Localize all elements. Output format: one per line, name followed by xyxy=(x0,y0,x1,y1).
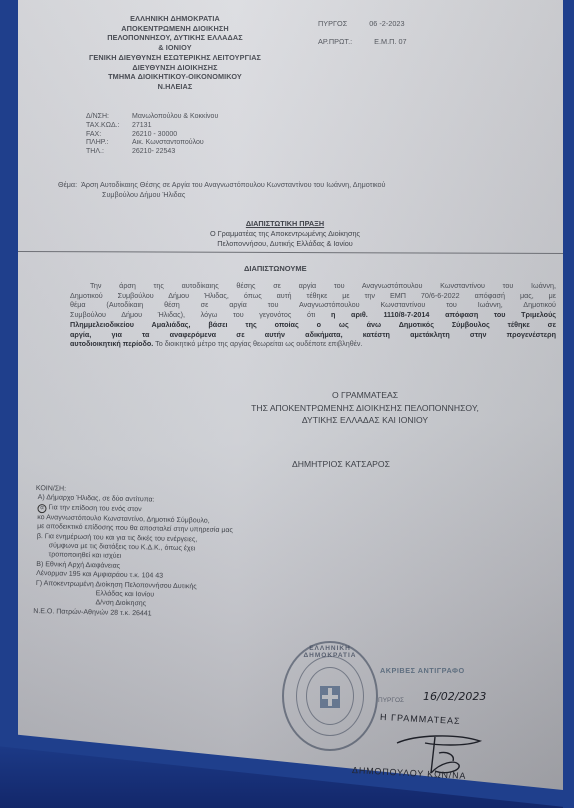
decision-body: Την άρση της αυτοδίκαιης θέσης σε αργία … xyxy=(70,281,556,349)
distribution-text: Για την επίδοση του ενός στον xyxy=(48,504,141,513)
act-title: ΔΙΑΠΙΣΤΩΤΙΚΗ ΠΡΑΞΗ xyxy=(140,219,430,229)
body-line: Την άρση της αυτοδίκαιης θέσης σε αργία … xyxy=(70,281,556,291)
issuer-header: ΕΛΛΗΝΙΚΗ ΔΗΜΟΚΡΑΤΙΑ ΑΠΟΚΕΝΤΡΩΜΕΝΗ ΔΙΟΙΚΗ… xyxy=(80,14,270,92)
body-line: θέμα (Αυτοδίκαιη θέση σε αργία του Αναγν… xyxy=(70,300,556,310)
protocol-number: Ε.Μ.Π. 07 xyxy=(374,33,406,51)
subject-line-1: Άρση Αυτοδίκαιης Θέσης σε Αργία του Αναγ… xyxy=(81,180,385,189)
issuer-line: Ν.ΗΛΕΙΑΣ xyxy=(80,82,270,92)
certified-date: 16/02/2023 xyxy=(423,690,486,703)
certified-copy-title: ΑΚΡΙΒΕΣ ΑΝΤΙΓΡΑΦΟ xyxy=(380,666,465,675)
contact-info: Δ/ΝΣΗ:Μανωλοπούλου & Κοκκίνου ΤΑΧ.ΚΩΔ.:2… xyxy=(86,113,218,157)
subject-label: Θέμα: xyxy=(58,180,77,189)
signer-role: Ο ΓΡΑΜΜΑΤΕΑΣ xyxy=(200,389,530,402)
act-heading: ΔΙΑΠΙΣΤΩΤΙΚΗ ΠΡΑΞΗ Ο Γραμματέας της Αποκ… xyxy=(140,219,430,249)
background-edge xyxy=(563,0,574,808)
contact-label: ΤΗΛ.: xyxy=(86,148,132,157)
subject: Θέμα:Άρση Αυτοδίκαιης Θέσης σε Αργία του… xyxy=(58,180,468,199)
contact-value: 26210- 22543 xyxy=(132,148,175,157)
issuer-line: & ΙΟΝΙΟΥ xyxy=(80,43,270,53)
document-meta: ΠΥΡΓΟΣ 06 -2-2023 ΑΡ.ΠΡΩΤ.: Ε.Μ.Π. 07 xyxy=(318,15,407,51)
issuer-line: ΓΕΝΙΚΗ ΔΙΕΥΘΥΝΣΗ ΕΣΩΤΕΡΙΚΗΣ ΛΕΙΤΟΥΡΓΙΑΣ xyxy=(80,53,270,63)
signer-name: ΔΗΜΗΤΡΙΟΣ ΚΑΤΣΑΡΟΣ xyxy=(292,459,390,469)
distribution-list: ΚΟΙΝ/ΣΗ: Α) Δήμαρχο Ήλιδας, σε δύο αντίτ… xyxy=(33,484,233,620)
contact-label: FAX: xyxy=(86,131,132,140)
signature-block: Ο ΓΡΑΜΜΑΤΕΑΣ ΤΗΣ ΑΠΟΚΕΝΤΡΩΜΕΝΗΣ ΔΙΟΙΚΗΣΗ… xyxy=(200,389,530,427)
body-line: Δημοτικού Συμβούλου Δήμου Ήλιδας, όπως α… xyxy=(70,291,556,301)
act-line-2: Πελοποννήσου, Δυτικής Ελλάδας & Ιονίου xyxy=(140,239,430,249)
issuer-line: ΤΜΗΜΑ ΔΙΟΙΚΗΤΙΚΟΥ-ΟΙΚΟΝΟΜΙΚΟΥ xyxy=(80,72,270,82)
issuer-line: ΔΙΕΥΘΥΝΣΗ ΔΙΟΙΚΗΣΗΣ xyxy=(80,63,270,73)
signer-org-line-1: ΤΗΣ ΑΠΟΚΕΝΤΡΩΜΕΝΗΣ ΔΙΟΙΚΗΣΗΣ ΠΕΛΟΠΟΝΝΗΣΟ… xyxy=(200,402,530,415)
subject-line-2: Συμβούλου Δήμου Ήλιδας xyxy=(58,190,468,200)
body-bold-part: αυτοδιοικητική περίοδο. xyxy=(70,339,153,348)
place-label: ΠΥΡΓΟΣ xyxy=(318,15,347,33)
signer-org-line-2: ΔΥΤΙΚΗΣ ΕΛΛΑΔΑΣ ΚΑΙ ΙΟΝΙΟΥ xyxy=(200,414,530,427)
protocol-label: ΑΡ.ΠΡΩΤ.: xyxy=(318,33,352,51)
issuer-line: ΕΛΛΗΝΙΚΗ ΔΗΜΟΚΡΑΤΙΑ xyxy=(80,14,270,24)
circled-mark-icon: α xyxy=(37,504,46,513)
coat-of-arms-icon xyxy=(320,686,340,708)
body-bold-part: Πλημμελειοδικείου Αμαλιάδας, βάσει της ο… xyxy=(70,320,556,329)
body-line: Πλημμελειοδικείου Αμαλιάδας, βάσει της ο… xyxy=(70,320,556,330)
contact-value: Αικ. Κωνσταντοπούλου xyxy=(132,139,204,148)
issuer-line: ΠΕΛΟΠΟΝΝΗΣΟΥ, ΔΥΤΙΚΗΣ ΕΛΛΑΔΑΣ xyxy=(80,33,270,43)
body-text-part: Το διοικητικό μέτρο της αργίας θεωρείται… xyxy=(153,339,362,348)
contact-label: ΠΛΗΡ.: xyxy=(86,139,132,148)
body-line: αυτοδιοικητική περίοδο. Το διοικητικό μέ… xyxy=(70,339,556,349)
body-bold-part: αργία, για τα αναφερόμενα σε αυτήν αδική… xyxy=(70,330,556,339)
act-line-1: Ο Γραμματέας της Αποκεντρωμένης Διοίκηση… xyxy=(140,229,430,239)
contact-value: 27131 xyxy=(132,122,151,131)
body-line: αργία, για τα αναφερόμενα σε αυτήν αδική… xyxy=(70,330,556,340)
body-text-part: Συμβούλου Δήμου Ήλιδας), λόγω του γεγονό… xyxy=(70,310,315,319)
contact-label: Δ/ΝΣΗ: xyxy=(86,113,132,122)
body-line: Συμβούλου Δήμου Ήλιδας), λόγω του γεγονό… xyxy=(70,310,556,320)
issuer-line: ΑΠΟΚΕΝΤΡΩΜΕΝΗ ΔΙΟΙΚΗΣΗ xyxy=(80,24,270,34)
body-bold-part: η αριθ. 1110/8-7-2014 απόφαση του Τριμελ… xyxy=(331,310,556,319)
official-seal-icon: ΕΛΛΗΝΙΚΗ ΔΗΜΟΚΡΑΤΙΑ xyxy=(282,641,378,751)
contact-value: Μανωλοπούλου & Κοκκίνου xyxy=(132,113,218,122)
contact-label: ΤΑΧ.ΚΩΔ.: xyxy=(86,122,132,131)
decision-heading: ΔΙΑΠΙΣΤΩΝΟΥΜΕ xyxy=(244,264,307,273)
certified-place: ΠΥΡΓΟΣ xyxy=(378,697,404,704)
document-date: 06 -2-2023 xyxy=(369,15,404,33)
